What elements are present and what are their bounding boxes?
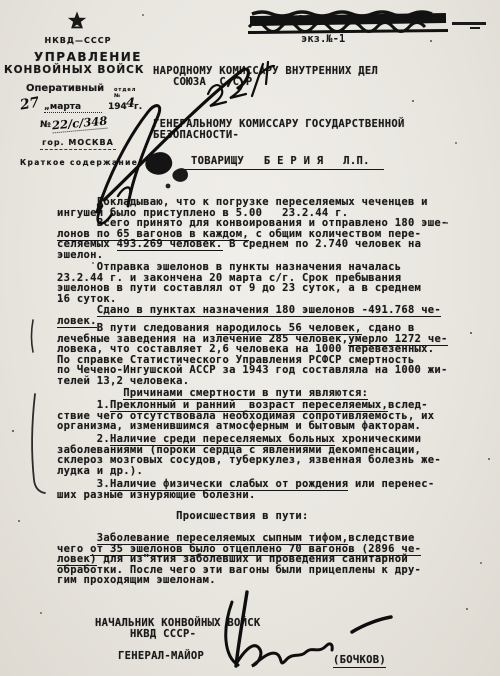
stamp-summary-label: Краткое содержание: — [20, 158, 143, 167]
copy-number: экз.№-1 — [301, 33, 345, 45]
stamp-org-upravlenie: УПРАВЛЕНИЕ — [34, 50, 142, 64]
body-line: эшелон. — [57, 250, 457, 261]
body-line: организма, изменившимся атмосферным и бы… — [57, 421, 457, 432]
body-line: Происшествия в пути: — [57, 511, 457, 522]
body-line: 16 суток. — [57, 294, 457, 305]
signer-title-line2: НКВД СССР- — [130, 629, 196, 640]
stamp-number-line: № 22/с/348 — [18, 118, 146, 134]
body-line: эшелонов в пути составлял от 9 до 23 сут… — [57, 283, 457, 294]
body-paragraph: Докладываю, что к погрузке переселяемых … — [57, 197, 457, 260]
addressee-beria: ТОВАРИЩУ Б Е Р И Я Л.П. — [183, 156, 384, 170]
stamp-month: „марта — [44, 102, 102, 113]
body-line: телей 13,2 человека. — [57, 376, 457, 387]
body-line: Причинами смертности в пути являются: — [57, 388, 457, 399]
body-line: гим проходящим эшелонам. — [57, 575, 457, 586]
pen-dash-mark — [452, 22, 486, 25]
document-page: СОВ.СЕКРЕТНО экз.№-1 НКВД—СССР УПРАВЛЕНИ… — [0, 0, 500, 676]
addressee-line3: ГЕНЕРАЛЬНОМУ КОМИССАРУ ГОСУДАРСТВЕННОЙ — [153, 119, 405, 130]
scan-noise — [0, 0, 2, 2]
pen-dash-mark-small — [470, 27, 480, 29]
stamp-org-konvoynye: КОНВОЙНЫХ ВОЙСК — [4, 64, 144, 76]
body-paragraph: В пути следования народилось 56 человек,… — [57, 323, 457, 386]
body-line: Сдано в пунктах назначения 180 эшелонов … — [57, 305, 457, 316]
handwritten-number: 22/с/348 — [51, 114, 108, 134]
signer-name: (БОЧКОВ) — [333, 655, 386, 668]
body-paragraph: Причинами смертности в пути являются: — [57, 388, 457, 399]
body-paragraph: 1.Преклонный и ранний возраст переселяем… — [57, 400, 457, 432]
stamp-dept: Оперативный — [26, 83, 104, 94]
body-paragraph: Заболевание переселяемых сыпным тифом,вс… — [57, 533, 457, 586]
body-paragraph: 3.Наличие физически слабых от рождения и… — [57, 479, 457, 500]
corner-stamp: НКВД—СССР УПРАВЛЕНИЕ КОНВОЙНЫХ ВОЙСК Опе… — [18, 6, 146, 178]
body-paragraph: 2.Наличие среди переселяемых больных хро… — [57, 434, 457, 476]
stamp-year-prefix: 194 — [108, 102, 127, 112]
body-paragraph: Отправка эшелонов в пункты назначения на… — [57, 262, 457, 304]
body-line: лудка и др.). — [57, 466, 457, 477]
handwritten-day: 27 — [19, 94, 41, 113]
body-line: Заболевание переселяемых сыпным тифом,вс… — [57, 533, 457, 544]
addressee-line1: НАРОДНОМУ КОМИССАРУ ВНУТРЕННИХ ДЕЛ — [153, 66, 378, 77]
classification-stamp: СОВ.СЕКРЕТНО — [252, 13, 444, 31]
star-icon — [66, 10, 88, 32]
addressee-line2: СОЮЗА С С Р — [173, 77, 252, 88]
stamp-number-label: № — [40, 120, 51, 130]
body-line: ших разные изнуряющие болезни. — [57, 490, 457, 501]
body-line: селяемых 493.269 человек. В среднем по 2… — [57, 239, 457, 250]
addressee-line4: БЕЗОПАСНОСТИ- — [153, 130, 239, 141]
stamp-city: гор. МОСКВА — [40, 138, 116, 150]
stamp-year-suffix: г. — [134, 102, 142, 112]
signer-title-line1: НАЧАЛЬНИК КОНВОЙНЫХ ВОЙСК — [95, 618, 261, 629]
stamp-org-nkvd: НКВД—СССР — [36, 36, 120, 45]
signer-rank: ГЕНЕРАЛ-МАЙОР — [118, 651, 204, 662]
stamp-date-line: 27 „марта 194 4 г. — [18, 100, 146, 116]
body-paragraph: Происшествия в пути: — [57, 511, 457, 522]
